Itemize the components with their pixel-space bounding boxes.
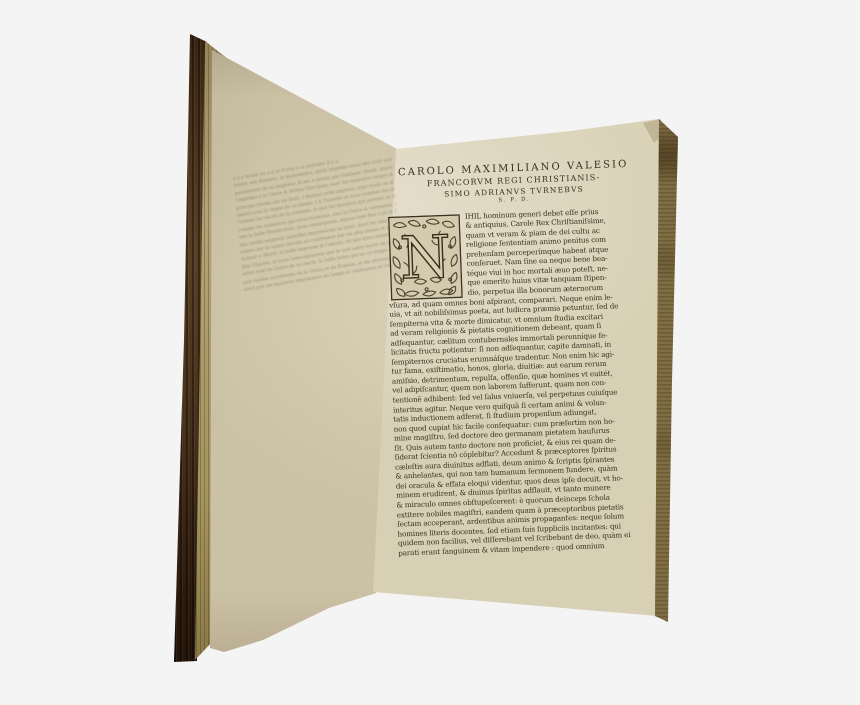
full-width-lines: vſura, ad quam omnes boni aſpirant, comp… [389,291,656,558]
dedication-heading: CAROLO MAXIMILIANO VALESIO FRANCORVM REG… [384,158,643,207]
indented-lines: IHIL hominum generi debet eſſe prius& an… [465,205,647,297]
body-text: N IHIL hominum generi debet eſſe prius& … [386,205,656,558]
woodcut-initial-icon: N [388,214,463,301]
drop-cap-letter: N [399,222,452,292]
drop-cap-woodcut: N [388,214,463,301]
book-photo: s a s montr au s ij st il'oria s ca ordo… [0,0,860,705]
showthrough-text: s a s montr au s ij st il'oria s ca ordo… [233,150,404,314]
drop-cap-row: N IHIL hominum generi debet eſſe prius& … [386,205,647,300]
dedication-page-text: CAROLO MAXIMILIANO VALESIO FRANCORVM REG… [384,147,658,592]
